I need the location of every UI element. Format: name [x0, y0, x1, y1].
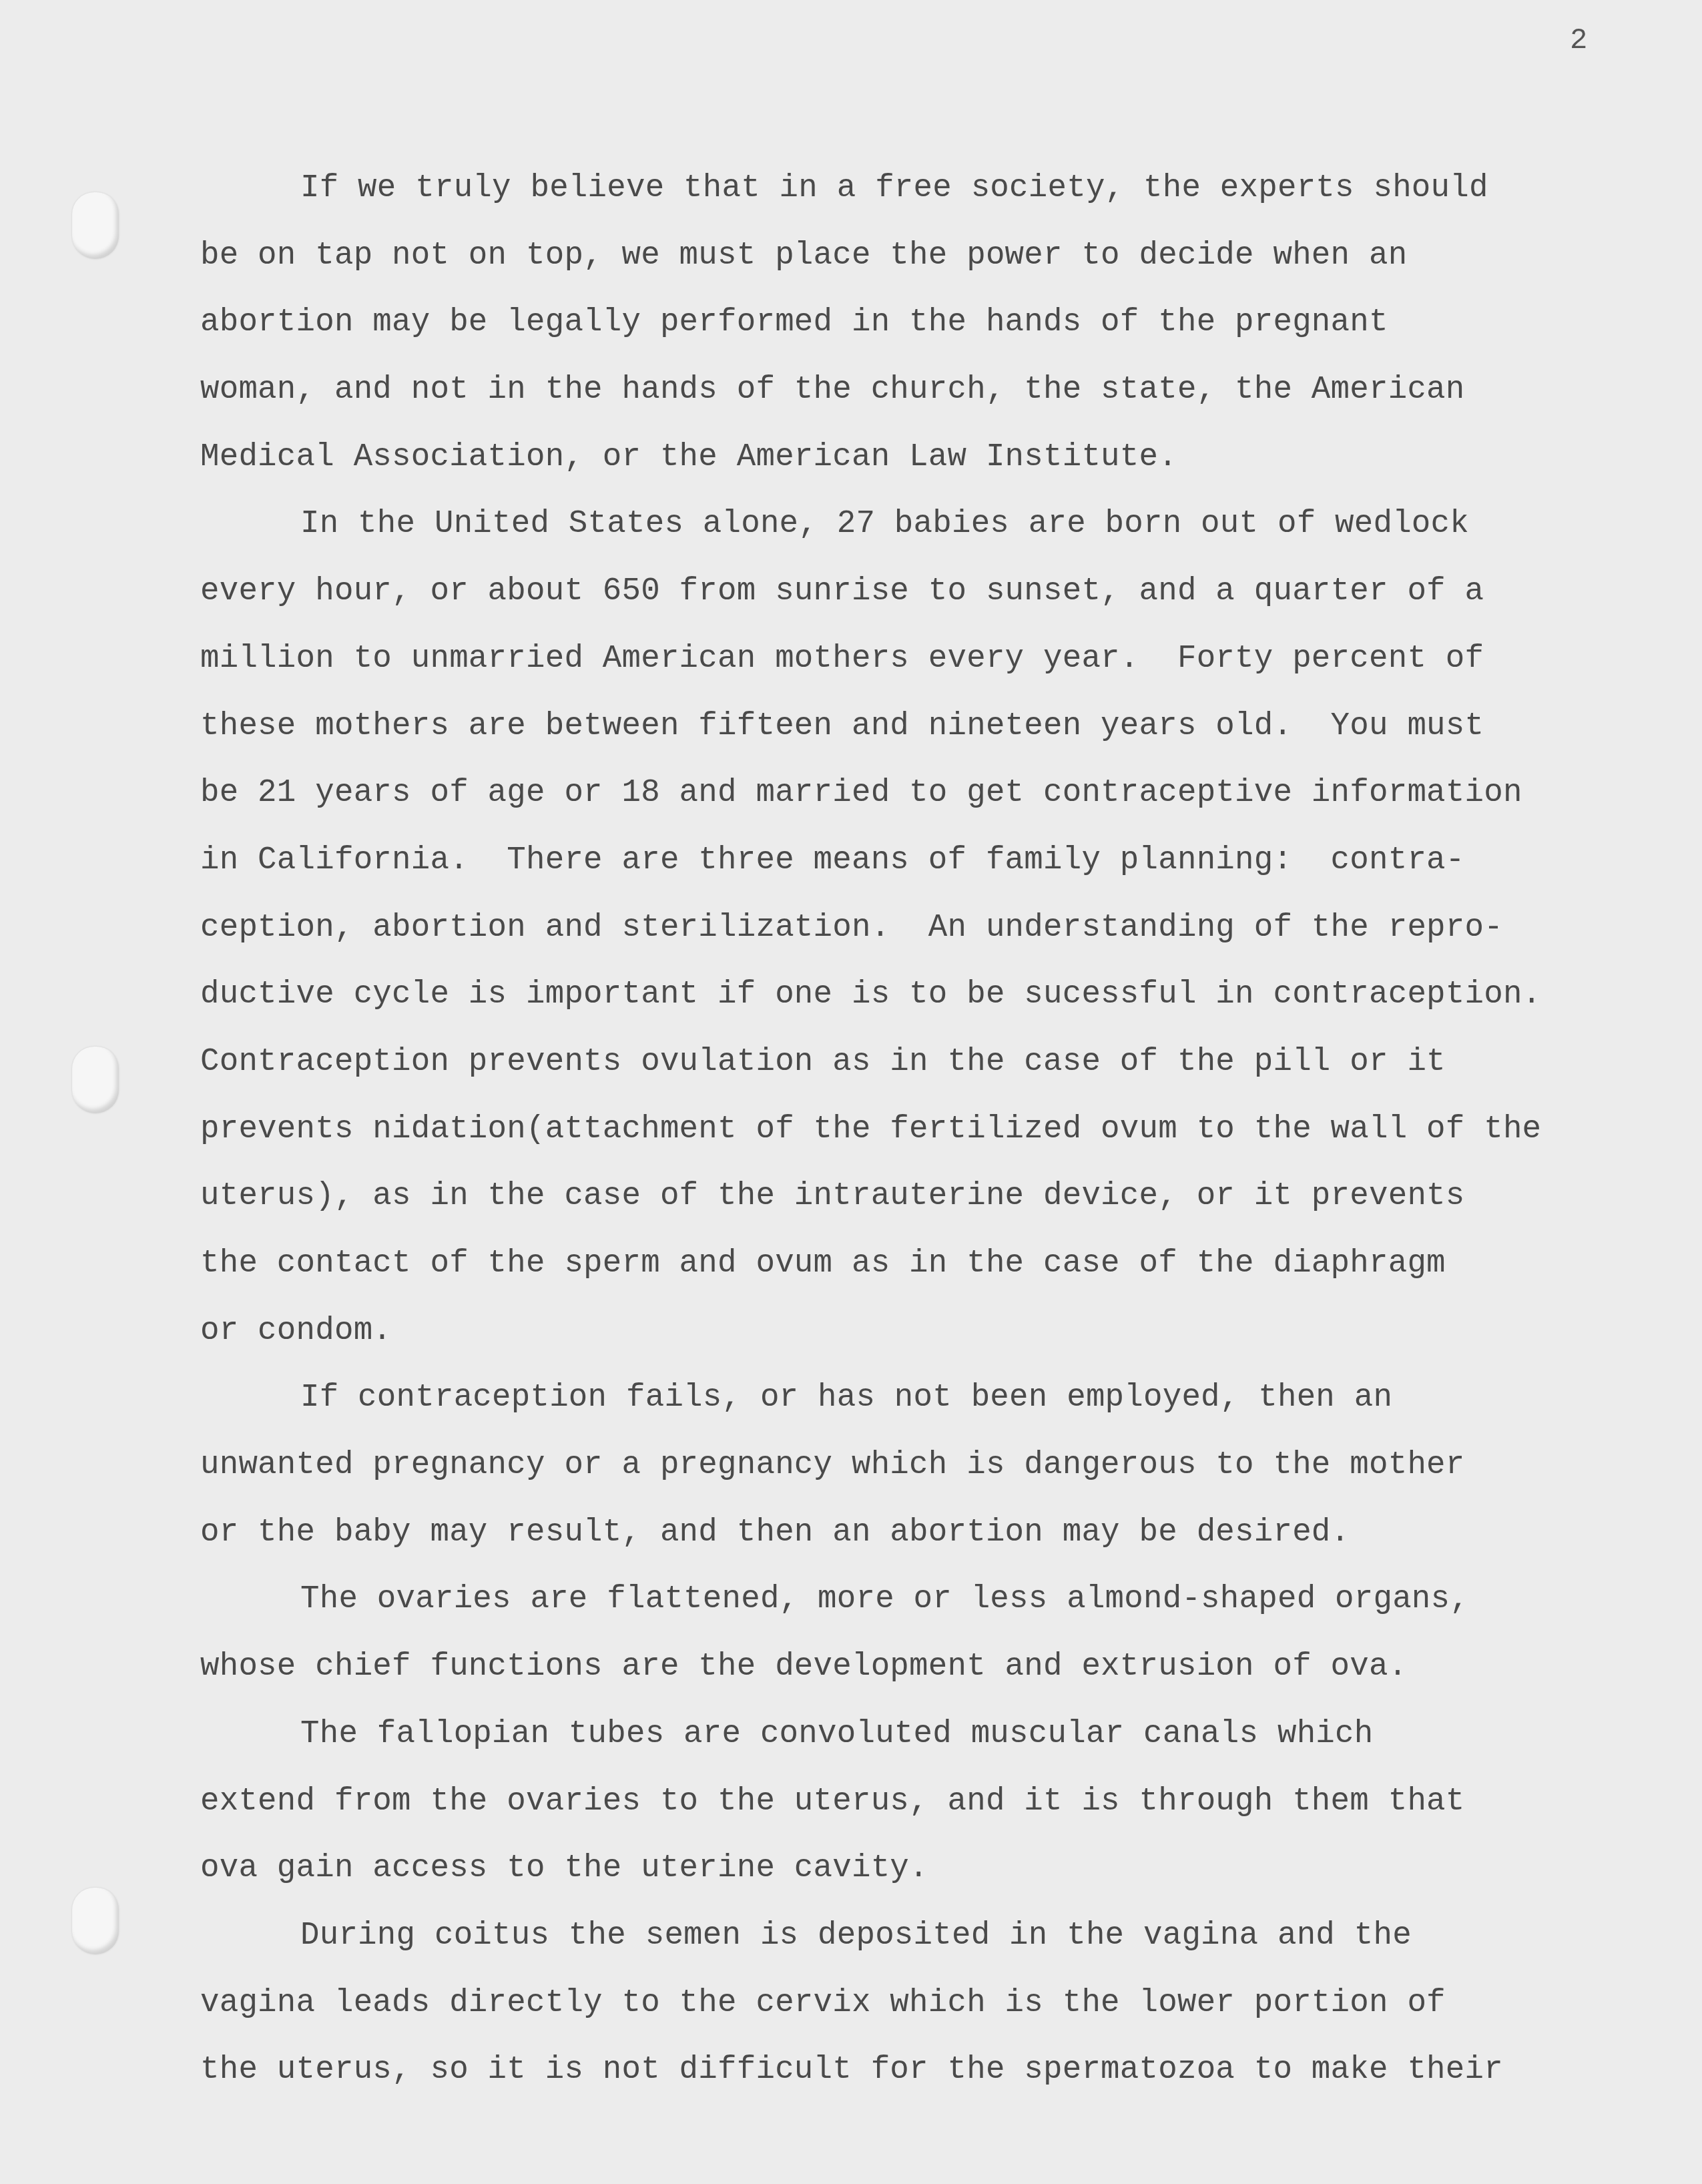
text-line: be 21 years of age or 18 and married to …	[200, 760, 1615, 827]
punch-hole-bottom	[72, 1888, 119, 1954]
text-line: If we truly believe that in a free socie…	[200, 155, 1615, 222]
text-line: If contraception fails, or has not been …	[200, 1364, 1615, 1432]
page-number: 2	[1570, 24, 1587, 57]
text-line: abortion may be legally performed in the…	[200, 289, 1615, 356]
text-line: During coitus the semen is deposited in …	[200, 1902, 1615, 1970]
text-line: ductive cycle is important if one is to …	[200, 961, 1615, 1029]
paragraph-free-society: If we truly believe that in a free socie…	[200, 155, 1615, 491]
paragraph-coitus: During coitus the semen is deposited in …	[200, 1902, 1615, 2104]
text-line: extend from the ovaries to the uterus, a…	[200, 1768, 1615, 1836]
paragraph-ovaries: The ovaries are flattened, more or less …	[200, 1566, 1615, 1700]
text-line: ova gain access to the uterine cavity.	[200, 1835, 1615, 1902]
text-line: these mothers are between fifteen and ni…	[200, 693, 1615, 760]
text-line: or condom.	[200, 1298, 1615, 1365]
text-line: whose chief functions are the developmen…	[200, 1633, 1615, 1701]
text-line: be on tap not on top, we must place the …	[200, 222, 1615, 290]
text-line: ception, abortion and sterilization. An …	[200, 894, 1615, 962]
text-line: The ovaries are flattened, more or less …	[200, 1566, 1615, 1633]
document-body: If we truly believe that in a free socie…	[200, 155, 1615, 2104]
paragraph-contraception-fails: If contraception fails, or has not been …	[200, 1364, 1615, 1566]
text-line: unwanted pregnancy or a pregnancy which …	[200, 1432, 1615, 1499]
paragraph-fallopian-tubes: The fallopian tubes are convoluted muscu…	[200, 1701, 1615, 1902]
text-line: In the United States alone, 27 babies ar…	[200, 491, 1615, 558]
text-line: or the baby may result, and then an abor…	[200, 1499, 1615, 1567]
text-line: uterus), as in the case of the intrauter…	[200, 1163, 1615, 1230]
text-line: vagina leads directly to the cervix whic…	[200, 1970, 1615, 2037]
text-line: million to unmarried American mothers ev…	[200, 625, 1615, 693]
text-line: woman, and not in the hands of the churc…	[200, 356, 1615, 424]
text-line: the contact of the sperm and ovum as in …	[200, 1230, 1615, 1298]
text-line: The fallopian tubes are convoluted muscu…	[200, 1701, 1615, 1768]
text-line: prevents nidation(attachment of the fert…	[200, 1096, 1615, 1163]
punch-hole-middle	[72, 1047, 119, 1113]
text-line: the uterus, so it is not difficult for t…	[200, 2036, 1615, 2104]
text-line: Medical Association, or the American Law…	[200, 424, 1615, 491]
text-line: in California. There are three means of …	[200, 827, 1615, 894]
punch-hole-top	[72, 192, 119, 259]
text-line: Contraception prevents ovulation as in t…	[200, 1029, 1615, 1096]
text-line: every hour, or about 650 from sunrise to…	[200, 558, 1615, 625]
paragraph-statistics: In the United States alone, 27 babies ar…	[200, 491, 1615, 1364]
